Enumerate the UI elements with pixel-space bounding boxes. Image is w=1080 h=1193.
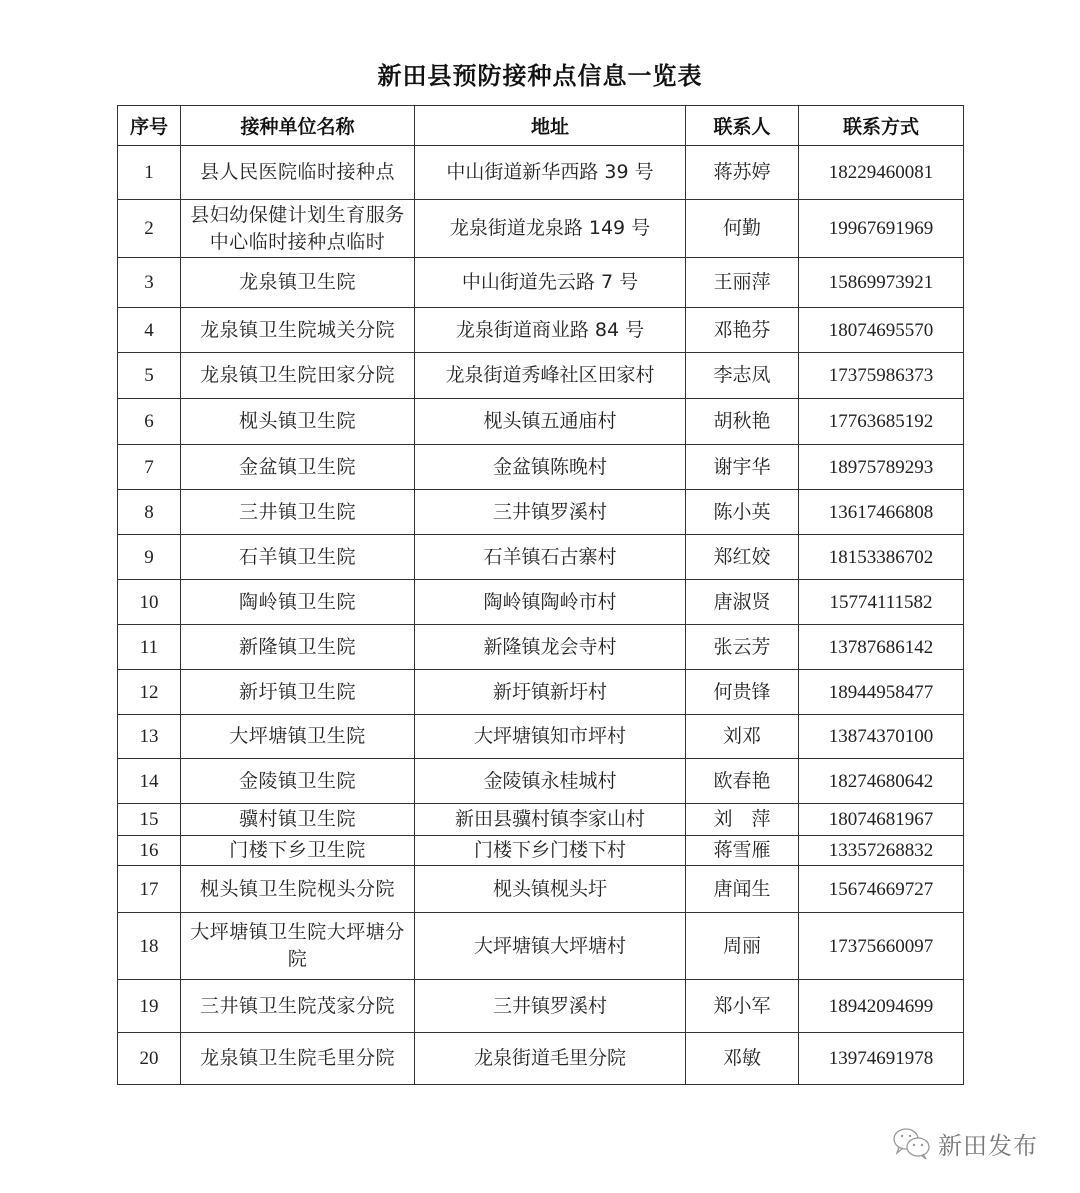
cell-address: 龙泉街道毛里分院	[415, 1033, 686, 1085]
header-unit-name: 接种单位名称	[181, 106, 415, 146]
cell-index: 12	[118, 670, 181, 715]
header-index: 序号	[118, 106, 181, 146]
cell-address: 枧头镇五通庙村	[415, 399, 686, 445]
cell-contact-phone: 17375986373	[799, 353, 964, 399]
cell-index: 14	[118, 759, 181, 804]
table-row: 18大坪塘镇卫生院大坪塘分院大坪塘镇大坪塘村周丽17375660097	[118, 913, 964, 980]
cell-unit-name: 大坪塘镇卫生院大坪塘分院	[181, 913, 415, 980]
cell-unit-name: 县妇幼保健计划生育服务中心临时接种点临时	[181, 200, 415, 258]
cell-address: 陶岭镇陶岭市村	[415, 580, 686, 625]
cell-contact-person: 蒋雪雁	[686, 836, 799, 866]
cell-address: 新圩镇新圩村	[415, 670, 686, 715]
cell-index: 7	[118, 445, 181, 490]
cell-contact-person: 唐闻生	[686, 866, 799, 913]
cell-contact-person: 胡秋艳	[686, 399, 799, 445]
cell-contact-phone: 18074681967	[799, 804, 964, 836]
cell-unit-name: 龙泉镇卫生院田家分院	[181, 353, 415, 399]
cell-index: 10	[118, 580, 181, 625]
table-row: 8三井镇卫生院三井镇罗溪村陈小英13617466808	[118, 490, 964, 535]
cell-index: 19	[118, 980, 181, 1033]
cell-address: 中山街道先云路 7 号	[415, 258, 686, 308]
cell-contact-phone: 13874370100	[799, 715, 964, 759]
cell-contact-person: 陈小英	[686, 490, 799, 535]
cell-index: 9	[118, 535, 181, 580]
cell-index: 17	[118, 866, 181, 913]
header-contact-person: 联系人	[686, 106, 799, 146]
table-row: 17枧头镇卫生院枧头分院枧头镇枧头圩唐闻生15674669727	[118, 866, 964, 913]
cell-contact-person: 李志凤	[686, 353, 799, 399]
cell-contact-person: 王丽萍	[686, 258, 799, 308]
cell-contact-phone: 13787686142	[799, 625, 964, 670]
page-title: 新田县预防接种点信息一览表	[0, 56, 1080, 91]
cell-contact-person: 唐淑贤	[686, 580, 799, 625]
cell-contact-person: 郑红姣	[686, 535, 799, 580]
cell-contact-person: 欧春艳	[686, 759, 799, 804]
cell-address: 大坪塘镇知市坪村	[415, 715, 686, 759]
cell-unit-name: 龙泉镇卫生院毛里分院	[181, 1033, 415, 1085]
table-row: 2县妇幼保健计划生育服务中心临时接种点临时龙泉街道龙泉路 149 号何勤1996…	[118, 200, 964, 258]
header-address: 地址	[415, 106, 686, 146]
cell-unit-name: 三井镇卫生院茂家分院	[181, 980, 415, 1033]
cell-contact-phone: 18274680642	[799, 759, 964, 804]
watermark: 新田发布	[892, 1126, 1038, 1161]
table-row: 6枧头镇卫生院枧头镇五通庙村胡秋艳17763685192	[118, 399, 964, 445]
table-row: 15骥村镇卫生院新田县骥村镇李家山村刘 萍18074681967	[118, 804, 964, 836]
cell-index: 3	[118, 258, 181, 308]
cell-address: 新隆镇龙会寺村	[415, 625, 686, 670]
cell-unit-name: 金陵镇卫生院	[181, 759, 415, 804]
cell-contact-phone: 18944958477	[799, 670, 964, 715]
cell-unit-name: 石羊镇卫生院	[181, 535, 415, 580]
cell-address: 龙泉街道龙泉路 149 号	[415, 200, 686, 258]
cell-address: 龙泉街道秀峰社区田家村	[415, 353, 686, 399]
cell-contact-person: 郑小军	[686, 980, 799, 1033]
table-header-row: 序号 接种单位名称 地址 联系人 联系方式	[118, 106, 964, 146]
cell-unit-name: 县人民医院临时接种点	[181, 146, 415, 200]
cell-contact-phone: 18153386702	[799, 535, 964, 580]
cell-contact-phone: 19967691969	[799, 200, 964, 258]
cell-contact-person: 谢宇华	[686, 445, 799, 490]
cell-index: 6	[118, 399, 181, 445]
cell-address: 门楼下乡门楼下村	[415, 836, 686, 866]
table-body: 1县人民医院临时接种点中山街道新华西路 39 号蒋苏婷182294600812县…	[118, 146, 964, 1085]
cell-address: 大坪塘镇大坪塘村	[415, 913, 686, 980]
table-row: 14金陵镇卫生院金陵镇永桂城村欧春艳18274680642	[118, 759, 964, 804]
table-row: 5龙泉镇卫生院田家分院龙泉街道秀峰社区田家村李志凤17375986373	[118, 353, 964, 399]
cell-address: 枧头镇枧头圩	[415, 866, 686, 913]
cell-contact-person: 周丽	[686, 913, 799, 980]
cell-contact-phone: 18942094699	[799, 980, 964, 1033]
cell-address: 新田县骥村镇李家山村	[415, 804, 686, 836]
header-contact-phone: 联系方式	[799, 106, 964, 146]
cell-index: 13	[118, 715, 181, 759]
wechat-icon	[892, 1127, 932, 1161]
table-row: 20龙泉镇卫生院毛里分院龙泉街道毛里分院邓敏13974691978	[118, 1033, 964, 1085]
cell-contact-person: 邓敏	[686, 1033, 799, 1085]
cell-contact-person: 邓艳芬	[686, 308, 799, 353]
vaccination-sites-table: 序号 接种单位名称 地址 联系人 联系方式 1县人民医院临时接种点中山街道新华西…	[117, 105, 964, 1085]
table-row: 3龙泉镇卫生院中山街道先云路 7 号王丽萍15869973921	[118, 258, 964, 308]
cell-index: 20	[118, 1033, 181, 1085]
cell-contact-person: 刘邓	[686, 715, 799, 759]
watermark-text: 新田发布	[938, 1126, 1038, 1161]
cell-unit-name: 金盆镇卫生院	[181, 445, 415, 490]
table-row: 4龙泉镇卫生院城关分院龙泉街道商业路 84 号邓艳芬18074695570	[118, 308, 964, 353]
cell-contact-phone: 17375660097	[799, 913, 964, 980]
cell-contact-phone: 15674669727	[799, 866, 964, 913]
table-row: 10陶岭镇卫生院陶岭镇陶岭市村唐淑贤15774111582	[118, 580, 964, 625]
cell-index: 4	[118, 308, 181, 353]
cell-index: 18	[118, 913, 181, 980]
cell-contact-person: 何贵锋	[686, 670, 799, 715]
table-row: 1县人民医院临时接种点中山街道新华西路 39 号蒋苏婷18229460081	[118, 146, 964, 200]
table-row: 7金盆镇卫生院金盆镇陈晚村谢宇华18975789293	[118, 445, 964, 490]
cell-address: 石羊镇石古寨村	[415, 535, 686, 580]
cell-contact-phone: 18229460081	[799, 146, 964, 200]
cell-index: 15	[118, 804, 181, 836]
cell-unit-name: 陶岭镇卫生院	[181, 580, 415, 625]
cell-contact-phone: 15869973921	[799, 258, 964, 308]
cell-contact-phone: 15774111582	[799, 580, 964, 625]
cell-unit-name: 大坪塘镇卫生院	[181, 715, 415, 759]
cell-index: 16	[118, 836, 181, 866]
cell-contact-phone: 13617466808	[799, 490, 964, 535]
cell-address: 三井镇罗溪村	[415, 490, 686, 535]
cell-contact-person: 何勤	[686, 200, 799, 258]
cell-unit-name: 骥村镇卫生院	[181, 804, 415, 836]
table-row: 9石羊镇卫生院石羊镇石古寨村郑红姣18153386702	[118, 535, 964, 580]
cell-unit-name: 龙泉镇卫生院城关分院	[181, 308, 415, 353]
table-row: 11新隆镇卫生院新隆镇龙会寺村张云芳13787686142	[118, 625, 964, 670]
cell-address: 金陵镇永桂城村	[415, 759, 686, 804]
table-row: 13大坪塘镇卫生院大坪塘镇知市坪村刘邓13874370100	[118, 715, 964, 759]
cell-contact-phone: 18975789293	[799, 445, 964, 490]
cell-contact-person: 张云芳	[686, 625, 799, 670]
cell-contact-person: 蒋苏婷	[686, 146, 799, 200]
cell-unit-name: 新隆镇卫生院	[181, 625, 415, 670]
cell-index: 11	[118, 625, 181, 670]
cell-contact-phone: 13974691978	[799, 1033, 964, 1085]
cell-unit-name: 枧头镇卫生院	[181, 399, 415, 445]
cell-index: 1	[118, 146, 181, 200]
cell-unit-name: 新圩镇卫生院	[181, 670, 415, 715]
cell-unit-name: 龙泉镇卫生院	[181, 258, 415, 308]
cell-address: 三井镇罗溪村	[415, 980, 686, 1033]
cell-contact-phone: 17763685192	[799, 399, 964, 445]
table-row: 19三井镇卫生院茂家分院三井镇罗溪村郑小军18942094699	[118, 980, 964, 1033]
cell-unit-name: 枧头镇卫生院枧头分院	[181, 866, 415, 913]
cell-index: 2	[118, 200, 181, 258]
cell-unit-name: 门楼下乡卫生院	[181, 836, 415, 866]
cell-address: 中山街道新华西路 39 号	[415, 146, 686, 200]
table-row: 16门楼下乡卫生院门楼下乡门楼下村蒋雪雁13357268832	[118, 836, 964, 866]
cell-contact-phone: 18074695570	[799, 308, 964, 353]
table-row: 12新圩镇卫生院新圩镇新圩村何贵锋18944958477	[118, 670, 964, 715]
cell-unit-name: 三井镇卫生院	[181, 490, 415, 535]
cell-contact-phone: 13357268832	[799, 836, 964, 866]
cell-index: 5	[118, 353, 181, 399]
cell-index: 8	[118, 490, 181, 535]
cell-address: 龙泉街道商业路 84 号	[415, 308, 686, 353]
cell-address: 金盆镇陈晚村	[415, 445, 686, 490]
cell-contact-person: 刘 萍	[686, 804, 799, 836]
